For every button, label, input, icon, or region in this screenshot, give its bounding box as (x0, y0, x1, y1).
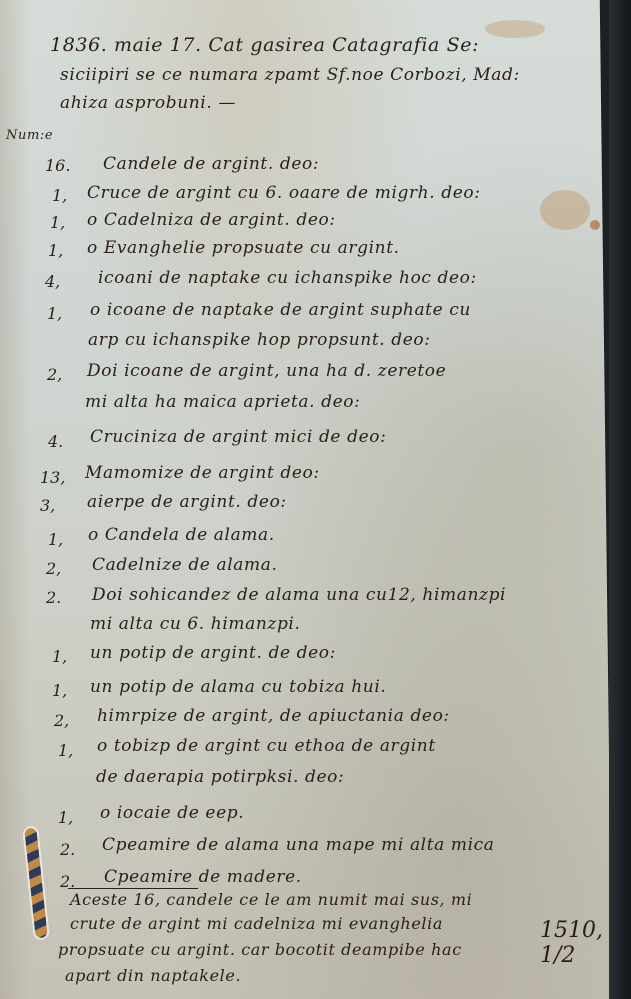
item-qty: 4, (45, 272, 60, 291)
underline-rule (68, 888, 198, 889)
item-line-continued: de daerapia potirpksi. deo: (96, 767, 344, 787)
item-qty: 1, (48, 241, 63, 260)
stain (485, 20, 545, 38)
item-line: Mamomize de argint deo: (85, 463, 320, 483)
item-line-continued: arp cu ichanspike hop propsunt. deo: (88, 330, 431, 350)
total-amount: 1510, 1/2 (540, 918, 612, 968)
item-qty: 1, (47, 304, 62, 323)
item-qty: 2. (46, 588, 61, 607)
item-line: un potip de alama cu tobiza hui. (90, 677, 386, 697)
item-line: Doi sohicandez de alama una cu12, himanz… (92, 585, 506, 605)
footer-line-1: Aceste 16, candele ce le am numit mai su… (70, 890, 472, 909)
item-line: Cadelnize de alama. (92, 555, 277, 575)
stain (540, 190, 590, 230)
item-line: o Candela de alama. (88, 525, 275, 545)
item-line: o Cadelniza de argint. deo: (87, 210, 336, 230)
item-line: icoani de naptake cu ichanspike hoc deo: (98, 268, 477, 288)
item-qty: 1, (52, 681, 67, 700)
item-qty: 2, (54, 711, 69, 730)
item-qty: 2, (46, 559, 61, 578)
item-qty: 3, (40, 496, 55, 515)
item-line-continued: mi alta ha maica aprieta. deo: (85, 392, 360, 412)
item-line-continued: mi alta cu 6. himanzpi. (90, 614, 300, 634)
item-line: o Evanghelie propsuate cu argint. (87, 238, 400, 258)
item-qty: 1, (52, 647, 67, 666)
item-line: Doi icoane de argint, una ha d. zeretoe (87, 361, 446, 381)
footer-line-3: propsuate cu argint. car bocotit deampib… (58, 940, 462, 959)
item-line: Cruciniza de argint mici de deo: (90, 427, 386, 447)
page-edge-shadow (609, 0, 631, 999)
item-qty: 13, (40, 468, 65, 487)
item-line: himrpize de argint, de apiuctania deo: (97, 706, 450, 726)
item-qty: 1, (50, 213, 65, 232)
header-line-3: ahiza asprobuni. — (60, 93, 236, 113)
stain (590, 220, 600, 230)
item-line: o tobizp de argint cu ethoa de argint (97, 736, 436, 756)
item-line: o iocaie de eep. (100, 803, 244, 823)
item-qty: 2, (47, 365, 62, 384)
item-line: Cpeamire de madere. (104, 867, 302, 887)
item-qty: 1, (52, 186, 67, 205)
header-line-2: siciipiri se ce numara zpamt Sf.noe Corb… (60, 65, 520, 85)
item-line: un potip de argint. de deo: (90, 643, 336, 663)
item-qty: 1, (58, 741, 73, 760)
footer-line-2: crute de argint mi cadelniza mi evanghel… (70, 914, 443, 933)
item-line: Cpeamire de alama una mape mi alta mica (102, 835, 495, 855)
item-line: Candele de argint. deo: (103, 154, 319, 174)
binding-thread (24, 828, 47, 939)
item-qty: 16. (45, 156, 70, 175)
item-line: o icoane de naptake de argint suphate cu (90, 300, 471, 320)
footer-line-4: apart din naptakele. (65, 966, 241, 985)
column-header-numbers: Num:e (6, 128, 53, 143)
item-line: Cruce de argint cu 6. oaare de migrh. de… (87, 183, 481, 203)
item-qty: 2. (60, 840, 75, 859)
item-qty: 1, (58, 808, 73, 827)
header-line-1: 1836. maie 17. Cat gasirea Catagrafia Se… (50, 34, 479, 56)
manuscript-page: 1836. maie 17. Cat gasirea Catagrafia Se… (0, 0, 612, 999)
item-qty: 1, (48, 530, 63, 549)
item-qty: 4. (48, 432, 63, 451)
item-line: aierpe de argint. deo: (87, 492, 287, 512)
